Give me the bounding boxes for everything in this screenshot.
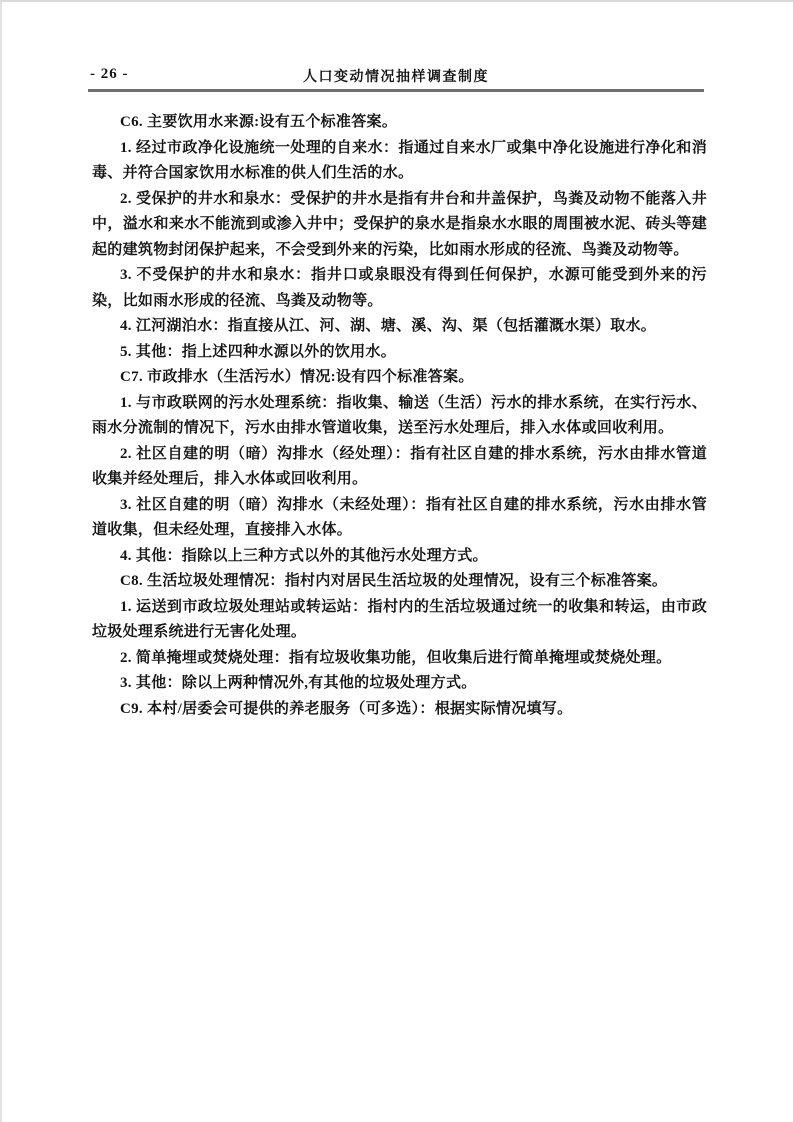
para-c6-item-2: 2. 受保护的井水和泉水：受保护的井水是指有井台和井盖保护，鸟粪及动物不能落入井… bbox=[92, 187, 707, 264]
para-c8-item-2: 2. 简单掩埋或焚烧处理：指有垃圾收集功能，但收集后进行简单掩埋或焚烧处理。 bbox=[92, 646, 707, 672]
para-c6-item-3: 3. 不受保护的井水和泉水：指井口或泉眼没有得到任何保护，水源可能受到外来的污染… bbox=[92, 263, 707, 314]
para-c6-item-1: 1. 经过市政净化设施统一处理的自来水：指通过自来水厂或集中净化设施进行净化和消… bbox=[92, 136, 707, 187]
para-c8-heading: C8. 生活垃圾处理情况：指村内对居民生活垃圾的处理情况，设有三个标准答案。 bbox=[92, 569, 707, 595]
page-header: - 26 - 人口变动情况抽样调查制度 bbox=[88, 66, 704, 92]
para-c7-heading: C7. 市政排水（生活污水）情况:设有四个标准答案。 bbox=[92, 365, 707, 391]
para-c7-item-4: 4. 其他：指除以上三种方式以外的其他污水处理方式。 bbox=[92, 544, 707, 570]
para-c6-heading: C6. 主要饮用水来源:设有五个标准答案。 bbox=[92, 110, 707, 136]
para-c6-item-4: 4. 江河湖泊水：指直接从江、河、湖、塘、溪、沟、渠（包括灌溉水渠）取水。 bbox=[92, 314, 707, 340]
para-c6-item-5: 5. 其他：指上述四种水源以外的饮用水。 bbox=[92, 340, 707, 366]
document-body: C6. 主要饮用水来源:设有五个标准答案。 1. 经过市政净化设施统一处理的自来… bbox=[92, 110, 707, 722]
para-c8-item-1: 1. 运送到市政垃圾处理站或转运站：指村内的生活垃圾通过统一的收集和转运，由市政… bbox=[92, 595, 707, 646]
para-c7-item-3: 3. 社区自建的明（暗）沟排水（未经处理）：指有社区自建的排水系统，污水由排水管… bbox=[92, 493, 707, 544]
page-number: - 26 - bbox=[90, 66, 129, 83]
document-title: 人口变动情况抽样调查制度 bbox=[88, 66, 704, 86]
page-header-row: - 26 - 人口变动情况抽样调查制度 bbox=[88, 66, 704, 86]
document-page: - 26 - 人口变动情况抽样调查制度 C6. 主要饮用水来源:设有五个标准答案… bbox=[0, 0, 793, 1122]
para-c8-item-3: 3. 其他：除以上两种情况外,有其他的垃圾处理方式。 bbox=[92, 671, 707, 697]
para-c7-item-1: 1. 与市政联网的污水处理系统：指收集、输送（生活）污水的排水系统，在实行污水、… bbox=[92, 391, 707, 442]
para-c9-heading: C9. 本村/居委会可提供的养老服务（可多选）：根据实际情况填写。 bbox=[92, 697, 707, 723]
header-divider-rule bbox=[88, 89, 704, 92]
para-c7-item-2: 2. 社区自建的明（暗）沟排水（经处理）：指有社区自建的排水系统，污水由排水管道… bbox=[92, 442, 707, 493]
